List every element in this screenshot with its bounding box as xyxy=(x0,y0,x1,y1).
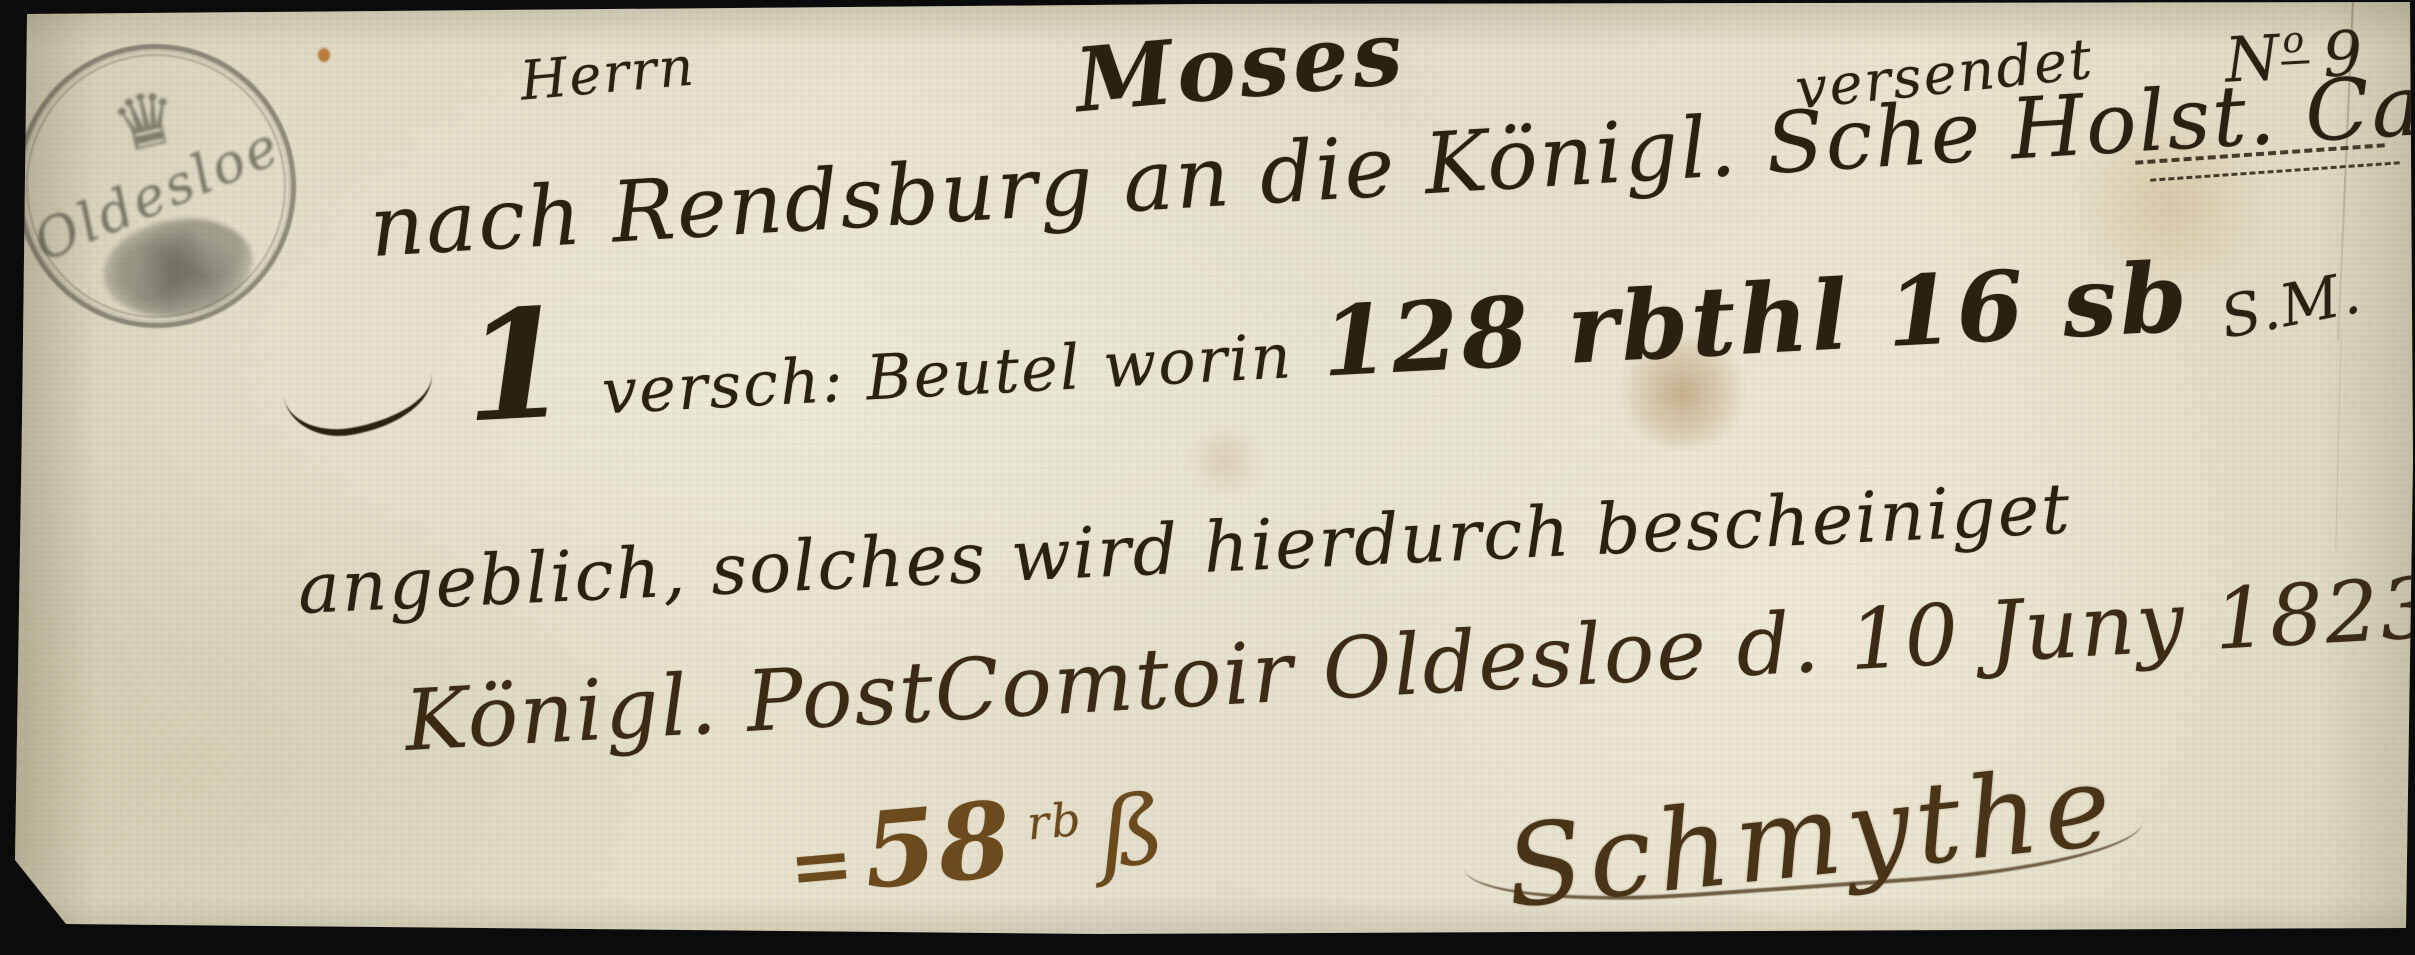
amount-value: 58 xyxy=(859,777,1018,912)
dash-flourish xyxy=(283,373,439,445)
postmark-stamp: ♛ Oldesloe xyxy=(0,24,316,348)
parcel-quantity: 1 xyxy=(461,307,573,425)
amount-unit: ß xyxy=(1095,773,1171,890)
document-paper: ♛ Oldesloe Herrn Moses versendet No9 nac… xyxy=(0,0,2415,955)
parcel-amount-suffix: S.M. xyxy=(2215,258,2367,352)
number-superscript: o xyxy=(2279,19,2309,64)
scan-background: ♛ Oldesloe Herrn Moses versendet No9 nac… xyxy=(0,0,2415,955)
amount-superscript: rb xyxy=(1025,792,1085,851)
amount-prefix: = xyxy=(786,818,853,912)
